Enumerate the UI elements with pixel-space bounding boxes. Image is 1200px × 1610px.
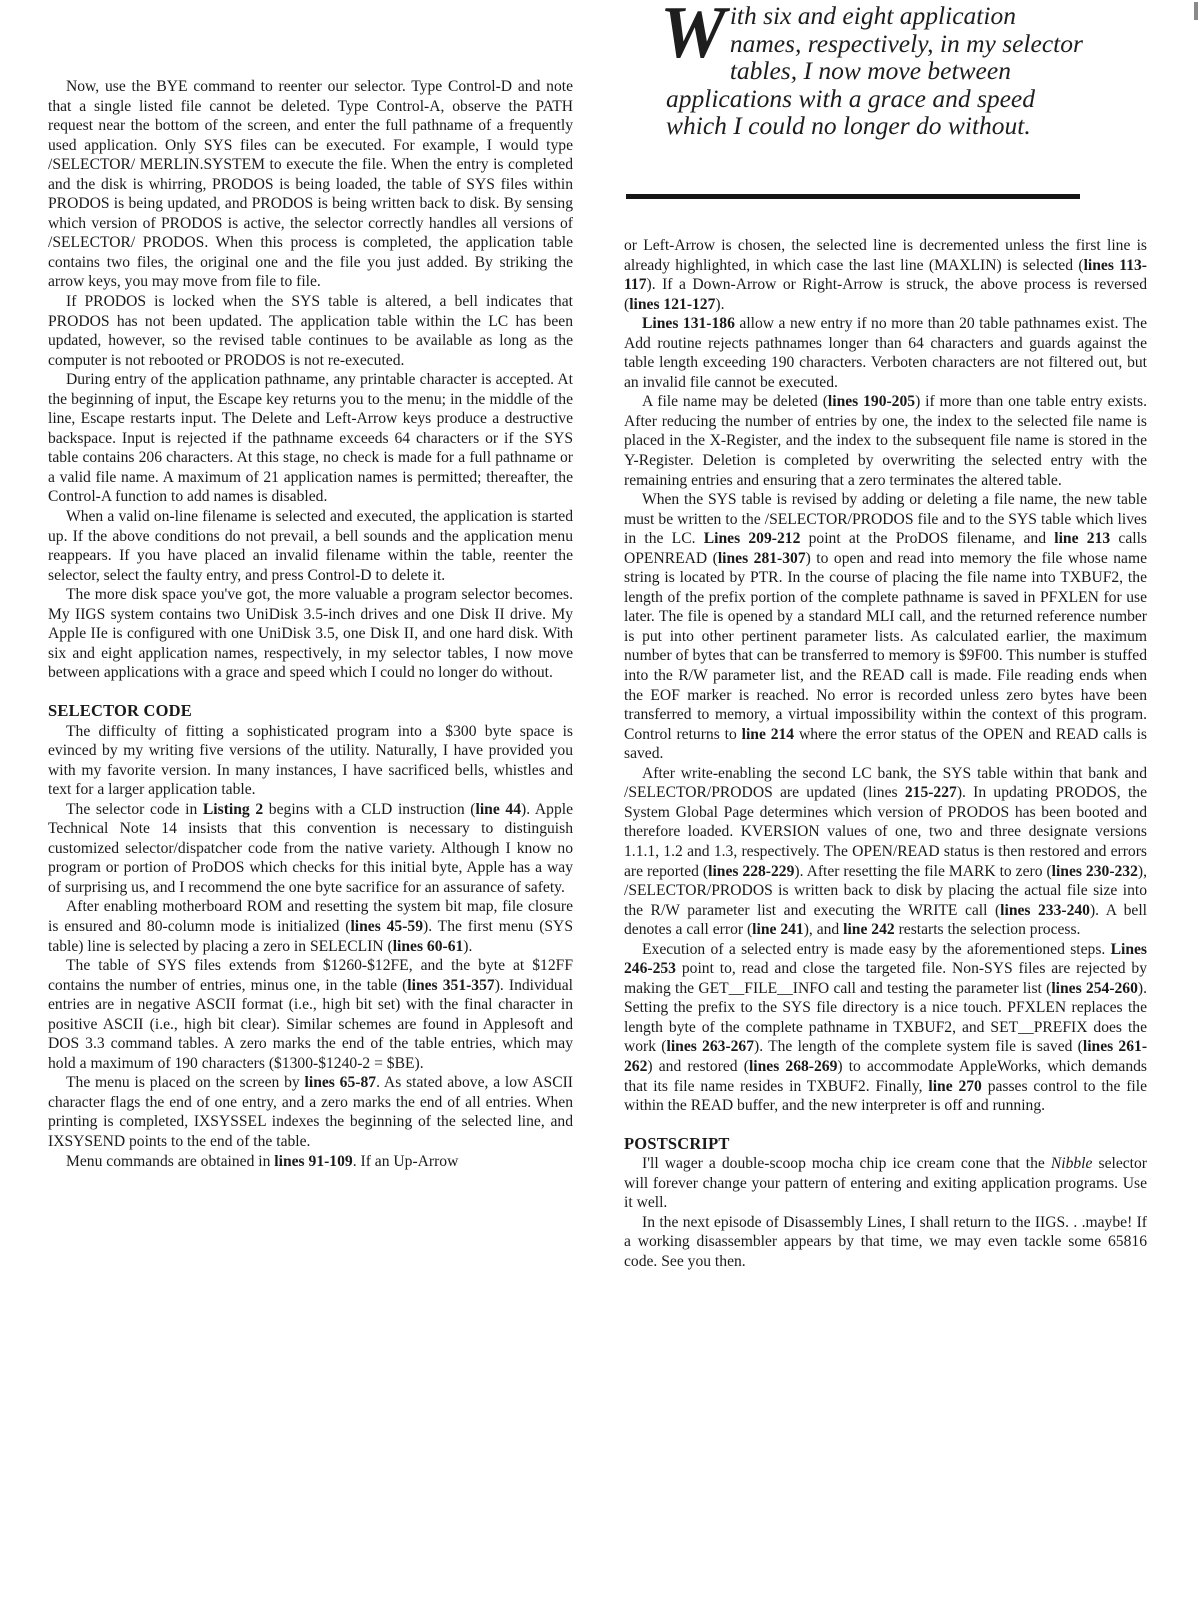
paragraph: The more disk space you've got, the more… [48,585,573,683]
section-heading-selector-code: SELECTOR CODE [48,701,573,721]
paragraph: The table of SYS files extends from $126… [48,956,573,1073]
paragraph: The menu is placed on the screen by line… [48,1073,573,1151]
pull-quote-line: which I could no longer do without. [666,112,1126,140]
pull-quote-line: names, respectively, in my selector [666,30,1126,58]
left-column: Now, use the BYE command to reenter our … [48,77,573,1171]
paragraph: If PRODOS is locked when the SYS table i… [48,292,573,370]
pull-quote-drop-cap: W [660,4,726,62]
paragraph: The selector code in Listing 2 begins wi… [48,800,573,898]
paragraph: Lines 131-186 allow a new entry if no mo… [624,314,1147,392]
pull-quote: W ith six and eight application names, r… [666,2,1126,140]
right-column: or Left-Arrow is chosen, the selected li… [624,236,1147,1271]
paragraph: Now, use the BYE command to reenter our … [48,77,573,292]
paragraph-continued: or Left-Arrow is chosen, the selected li… [624,236,1147,314]
pull-quote-line: ith six and eight application [666,2,1126,30]
paragraph: During entry of the application pathname… [48,370,573,507]
page-edge-mark [1194,2,1198,20]
pull-quote-divider [626,194,1080,199]
paragraph: Menu commands are obtained in lines 91-1… [48,1152,573,1172]
pull-quote-line: applications with a grace and speed [666,85,1126,113]
paragraph: When a valid on-line filename is selecte… [48,507,573,585]
paragraph: When the SYS table is revised by adding … [624,490,1147,764]
paragraph: In the next episode of Disassembly Lines… [624,1213,1147,1272]
paragraph: Execution of a selected entry is made ea… [624,940,1147,1116]
paragraph: The difficulty of fitting a sophisticate… [48,722,573,800]
pull-quote-line: tables, I now move between [666,57,1126,85]
paragraph: After write-enabling the second LC bank,… [624,764,1147,940]
paragraph: A file name may be deleted (lines 190-20… [624,392,1147,490]
paragraph: After enabling motherboard ROM and reset… [48,897,573,956]
section-heading-postscript: POSTSCRIPT [624,1134,1147,1154]
paragraph: I'll wager a double-scoop mocha chip ice… [624,1154,1147,1213]
